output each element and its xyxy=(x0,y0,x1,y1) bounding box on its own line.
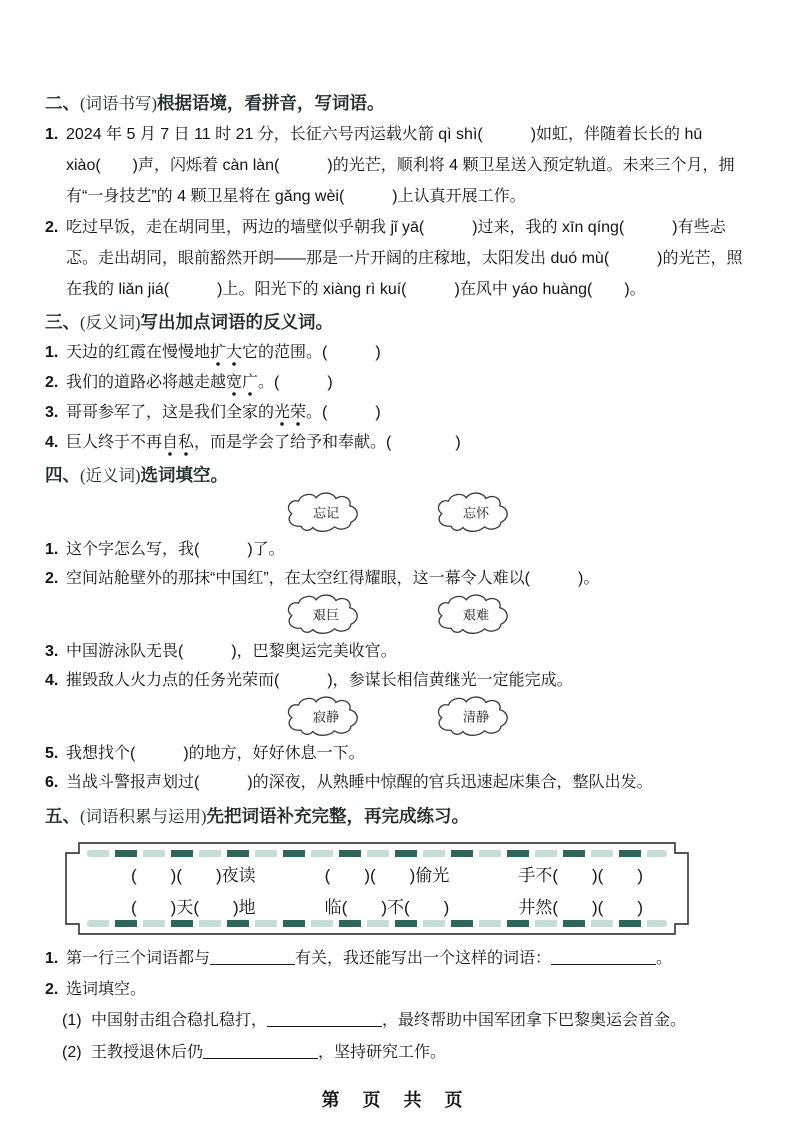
section-heading: 四、(近义词)选词填空。 xyxy=(45,460,757,491)
question-text: 我们的道路必将越走越宽广。( ) xyxy=(66,368,757,398)
question-item: 1. 第一行三个词语都与有关，我还能写出一个这样的词语：。 xyxy=(45,943,757,974)
word-choice-clouds: 艰巨 艰难 xyxy=(45,593,757,637)
question-text: 吃过早饭，走在胡同里，两边的墙壁似乎朝我 jǐ yā( )过来，我的 xīn q… xyxy=(66,212,757,305)
section-word-writing: 二、(词语书写)根据语境，看拼音，写词语。 1. 2024 年 5 月 7 日 … xyxy=(45,88,757,305)
dotted-word: 自私 xyxy=(162,434,194,457)
question-item: 1. 2024 年 5 月 7 日 11 时 21 分，长征六号丙运载火箭 qì… xyxy=(45,119,757,212)
question-item: 4. 巨人终于不再自私，而是学会了给予和奉献。( ) xyxy=(45,428,757,458)
section-word-accumulation: 五、(词语积累与运用)先把词语补充完整，再完成练习。 ( )( )夜读 ( )(… xyxy=(45,801,757,1069)
question-text: 第一行三个词语都与有关，我还能写出一个这样的词语：。 xyxy=(66,943,757,974)
section-title: 写出加点词语的反义词。 xyxy=(141,312,334,332)
question-text-post: ，而是学会了给予和奉献。( ) xyxy=(194,434,461,451)
cloud-bubble: 忘记 xyxy=(280,492,372,534)
word-choice-clouds: 忘记 忘怀 xyxy=(45,491,757,535)
idiom-blank[interactable]: 手不( )( ) xyxy=(518,864,643,888)
question-text: 2024 年 5 月 7 日 11 时 21 分，长征六号丙运载火箭 qì sh… xyxy=(66,119,757,212)
question-item: 2. 吃过早饭，走在胡同里，两边的墙壁似乎朝我 jǐ yā( )过来，我的 xī… xyxy=(45,212,757,305)
section-title: 根据语境，看拼音，写词语。 xyxy=(157,93,385,113)
idiom-blank[interactable]: ( )天( )地 xyxy=(131,896,256,920)
question-text: 天边的红霞在慢慢地扩大它的范围。( ) xyxy=(66,338,757,368)
idiom-blank[interactable]: 临( )不( ) xyxy=(325,896,450,920)
cloud-bubble: 寂静 xyxy=(280,696,372,738)
question-text-end: 。 xyxy=(656,950,672,967)
section-number: 五、 xyxy=(45,806,80,826)
dotted-word: 宽广 xyxy=(226,374,258,397)
section-heading: 五、(词语积累与运用)先把词语补充完整，再完成练习。 xyxy=(45,801,757,832)
question-number: 3. xyxy=(45,637,66,666)
question-number: 4. xyxy=(45,428,66,458)
question-number: 2. xyxy=(45,212,66,305)
cloud-bubble: 艰巨 xyxy=(280,594,372,636)
section-number: 三、 xyxy=(45,312,80,332)
question-text: 哥哥参军了，这是我们全家的光荣。( ) xyxy=(66,398,757,428)
question-subitem: (2) 王教授退休后仍，坚持研究工作。 xyxy=(45,1037,757,1069)
answer-blank[interactable] xyxy=(210,949,295,965)
word-cloud-label: 忘记 xyxy=(313,506,339,521)
question-text-pre: 中国射击组合稳扎稳打， xyxy=(91,1012,267,1029)
question-item: 1. 天边的红霞在慢慢地扩大它的范围。( ) xyxy=(45,338,757,368)
question-text: 当战斗警报声划过( )的深夜，从熟睡中惊醒的官兵迅速起床集合，整队出发。 xyxy=(66,768,757,797)
question-text-post: 。( ) xyxy=(258,374,333,391)
question-text-pre: 第一行三个词语都与 xyxy=(66,950,210,967)
question-number: 2. xyxy=(45,368,66,398)
word-cloud-label: 寂静 xyxy=(313,710,339,725)
question-number: 1. xyxy=(45,119,66,212)
question-text-post: 。( ) xyxy=(306,404,381,421)
idiom-blank[interactable]: ( )( )夜读 xyxy=(131,864,256,888)
page-footer: 第 页 共 页 xyxy=(0,1086,793,1112)
question-text: 王教授退休后仍，坚持研究工作。 xyxy=(91,1037,446,1069)
question-subitem: (1) 中国射击组合稳扎稳打，，最终帮助中国军团拿下巴黎奥运会首金。 xyxy=(45,1005,757,1037)
question-text-post: 它的范围。( ) xyxy=(242,344,381,361)
section-title: 先把词语补充完整，再完成练习。 xyxy=(207,806,470,826)
word-cloud-label: 艰巨 xyxy=(313,608,339,623)
question-text: 这个字怎么写，我( )了。 xyxy=(66,535,757,564)
cloud-bubble: 忘怀 xyxy=(430,492,522,534)
section-number: 二、 xyxy=(45,93,80,113)
question-item: 2. 空间站舱壁外的那抹“中国红”，在太空红得耀眼，这一幕令人难以( )。 xyxy=(45,564,757,593)
section-tag: (近义词) xyxy=(80,466,141,485)
word-cloud-label: 清静 xyxy=(463,710,489,725)
question-item: 3. 中国游泳队无畏( )，巴黎奥运完美收官。 xyxy=(45,637,757,666)
question-number: 2. xyxy=(45,974,66,1005)
question-text: 我想找个( )的地方，好好休息一下。 xyxy=(66,739,757,768)
section-title: 选词填空。 xyxy=(141,465,229,485)
idiom-blank[interactable]: 井然( )( ) xyxy=(518,896,643,920)
question-number: 5. xyxy=(45,739,66,768)
question-text-pre: 天边的红霞在慢慢地 xyxy=(66,344,210,361)
question-item: 5. 我想找个( )的地方，好好休息一下。 xyxy=(45,739,757,768)
idiom-blank[interactable]: ( )( )偷光 xyxy=(325,864,450,888)
question-text: 选词填空。 xyxy=(66,974,757,1005)
question-number: 1. xyxy=(45,535,66,564)
section-synonyms: 四、(近义词)选词填空。 忘记 忘怀 1. 这个字怎么写，我( )了。 2. xyxy=(45,460,757,797)
question-item: 4. 摧毁敌人火力点的任务光荣而( )，参谋长相信黄继光一定能完成。 xyxy=(45,666,757,695)
section-tag: (词语积累与运用) xyxy=(80,807,207,826)
question-text-pre: 王教授退休后仍 xyxy=(91,1044,203,1061)
question-number: 3. xyxy=(45,398,66,428)
question-number: 4. xyxy=(45,666,66,695)
question-text-pre: 巨人终于不再 xyxy=(66,434,162,451)
question-text: 摧毁敌人火力点的任务光荣而( )，参谋长相信黄继光一定能完成。 xyxy=(66,666,757,695)
cloud-bubble: 艰难 xyxy=(430,594,522,636)
answer-blank[interactable] xyxy=(267,1011,382,1027)
question-number: 6. xyxy=(45,768,66,797)
question-number: 1. xyxy=(45,338,66,368)
question-text: 中国游泳队无畏( )，巴黎奥运完美收官。 xyxy=(66,637,757,666)
question-text-post: ，最终帮助中国军团拿下巴黎奥运会首金。 xyxy=(382,1012,686,1029)
question-text: 中国射击组合稳扎稳打，，最终帮助中国军团拿下巴黎奥运会首金。 xyxy=(91,1005,686,1037)
question-item: 2. 我们的道路必将越走越宽广。( ) xyxy=(45,368,757,398)
question-item: 1. 这个字怎么写，我( )了。 xyxy=(45,535,757,564)
word-cloud-label: 艰难 xyxy=(463,608,489,623)
question-text-pre: 我们的道路必将越走越 xyxy=(66,374,226,391)
answer-blank[interactable] xyxy=(203,1043,318,1059)
section-tag: (词语书写) xyxy=(80,94,157,113)
subquestion-number: (1) xyxy=(62,1005,91,1037)
section-antonyms: 三、(反义词)写出加点词语的反义词。 1. 天边的红霞在慢慢地扩大它的范围。( … xyxy=(45,307,757,458)
cloud-bubble: 清静 xyxy=(430,696,522,738)
question-text-mid: 有关，我还能写出一个这样的词语： xyxy=(295,950,551,967)
question-text-post: ，坚持研究工作。 xyxy=(318,1044,446,1061)
question-text: 空间站舱壁外的那抹“中国红”，在太空红得耀眼，这一幕令人难以( )。 xyxy=(66,564,757,593)
worksheet-page: 二、(词语书写)根据语境，看拼音，写词语。 1. 2024 年 5 月 7 日 … xyxy=(0,0,793,1122)
section-tag: (反义词) xyxy=(80,313,141,332)
section-heading: 二、(词语书写)根据语境，看拼音，写词语。 xyxy=(45,88,757,119)
idiom-row: ( )天( )地 临( )不( ) 井然( )( ) xyxy=(131,896,643,920)
question-number: 2. xyxy=(45,564,66,593)
subquestion-number: (2) xyxy=(62,1037,91,1069)
section-heading: 三、(反义词)写出加点词语的反义词。 xyxy=(45,307,757,338)
word-completion-box: ( )( )夜读 ( )( )偷光 手不( )( ) ( )天( )地 临( )… xyxy=(53,840,701,937)
worksheet-content: 二、(词语书写)根据语境，看拼音，写词语。 1. 2024 年 5 月 7 日 … xyxy=(0,0,793,1069)
dotted-word: 光荣 xyxy=(274,404,306,427)
question-text: 巨人终于不再自私，而是学会了给予和奉献。( ) xyxy=(66,428,757,458)
question-item: 3. 哥哥参军了，这是我们全家的光荣。( ) xyxy=(45,398,757,428)
section-number: 四、 xyxy=(45,465,80,485)
question-number: 1. xyxy=(45,943,66,974)
question-item: 2. 选词填空。 xyxy=(45,974,757,1005)
question-text-pre: 哥哥参军了，这是我们全家的 xyxy=(66,404,274,421)
decorative-dashes xyxy=(87,920,667,927)
word-choice-clouds: 寂静 清静 xyxy=(45,695,757,739)
idiom-row: ( )( )夜读 ( )( )偷光 手不( )( ) xyxy=(131,864,643,888)
answer-blank[interactable] xyxy=(551,949,656,965)
dotted-word: 扩大 xyxy=(210,344,242,367)
word-cloud-label: 忘怀 xyxy=(463,505,490,521)
decorative-dashes xyxy=(87,850,667,857)
question-item: 6. 当战斗警报声划过( )的深夜，从熟睡中惊醒的官兵迅速起床集合，整队出发。 xyxy=(45,768,757,797)
